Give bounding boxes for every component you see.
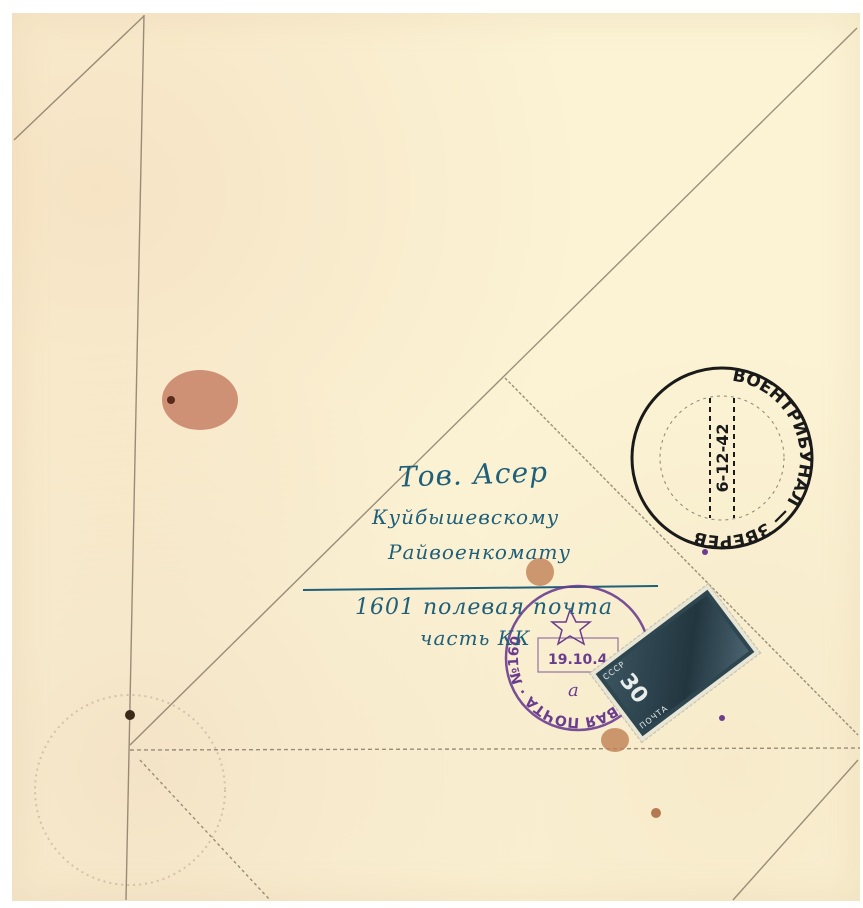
black-postmark: ВОЕНТРИБУНАЛ — ЗВЕРЕВ 6-12-42 bbox=[632, 366, 815, 552]
svg-text:6-12-42: 6-12-42 bbox=[713, 424, 732, 493]
top-left-diagonal-fold bbox=[14, 16, 144, 140]
address-underline bbox=[303, 586, 658, 590]
address-line-unit: часть КК bbox=[420, 626, 531, 650]
horizontal-fold-line bbox=[130, 748, 860, 750]
stain-bottom bbox=[601, 728, 629, 752]
small-brown-stain bbox=[651, 808, 661, 818]
ink-blot bbox=[125, 710, 135, 720]
address-line-field-post: 1601 полевая почта bbox=[355, 595, 613, 620]
address-line-2: Куйбышевскому bbox=[372, 505, 559, 529]
fold-lines-and-marks: ВОЕНТРИБУНАЛ — ЗВЕРЕВ 6-12-42 ПОЛЕВАЯ ПО… bbox=[0, 0, 863, 908]
svg-text:ВОЕНТРИБУНАЛ — ЗВЕРЕВ: ВОЕНТРИБУНАЛ — ЗВЕРЕВ bbox=[692, 366, 815, 552]
bottom-right-diagonal-fold bbox=[733, 760, 858, 900]
bottom-left-diagonal-fold bbox=[140, 760, 270, 900]
vertical-fold-line bbox=[126, 15, 144, 900]
address-line-3: Райвоенкомату bbox=[388, 540, 571, 564]
address-line-recipient: Тов. Асер bbox=[397, 455, 548, 493]
svg-text:а: а bbox=[568, 680, 579, 701]
